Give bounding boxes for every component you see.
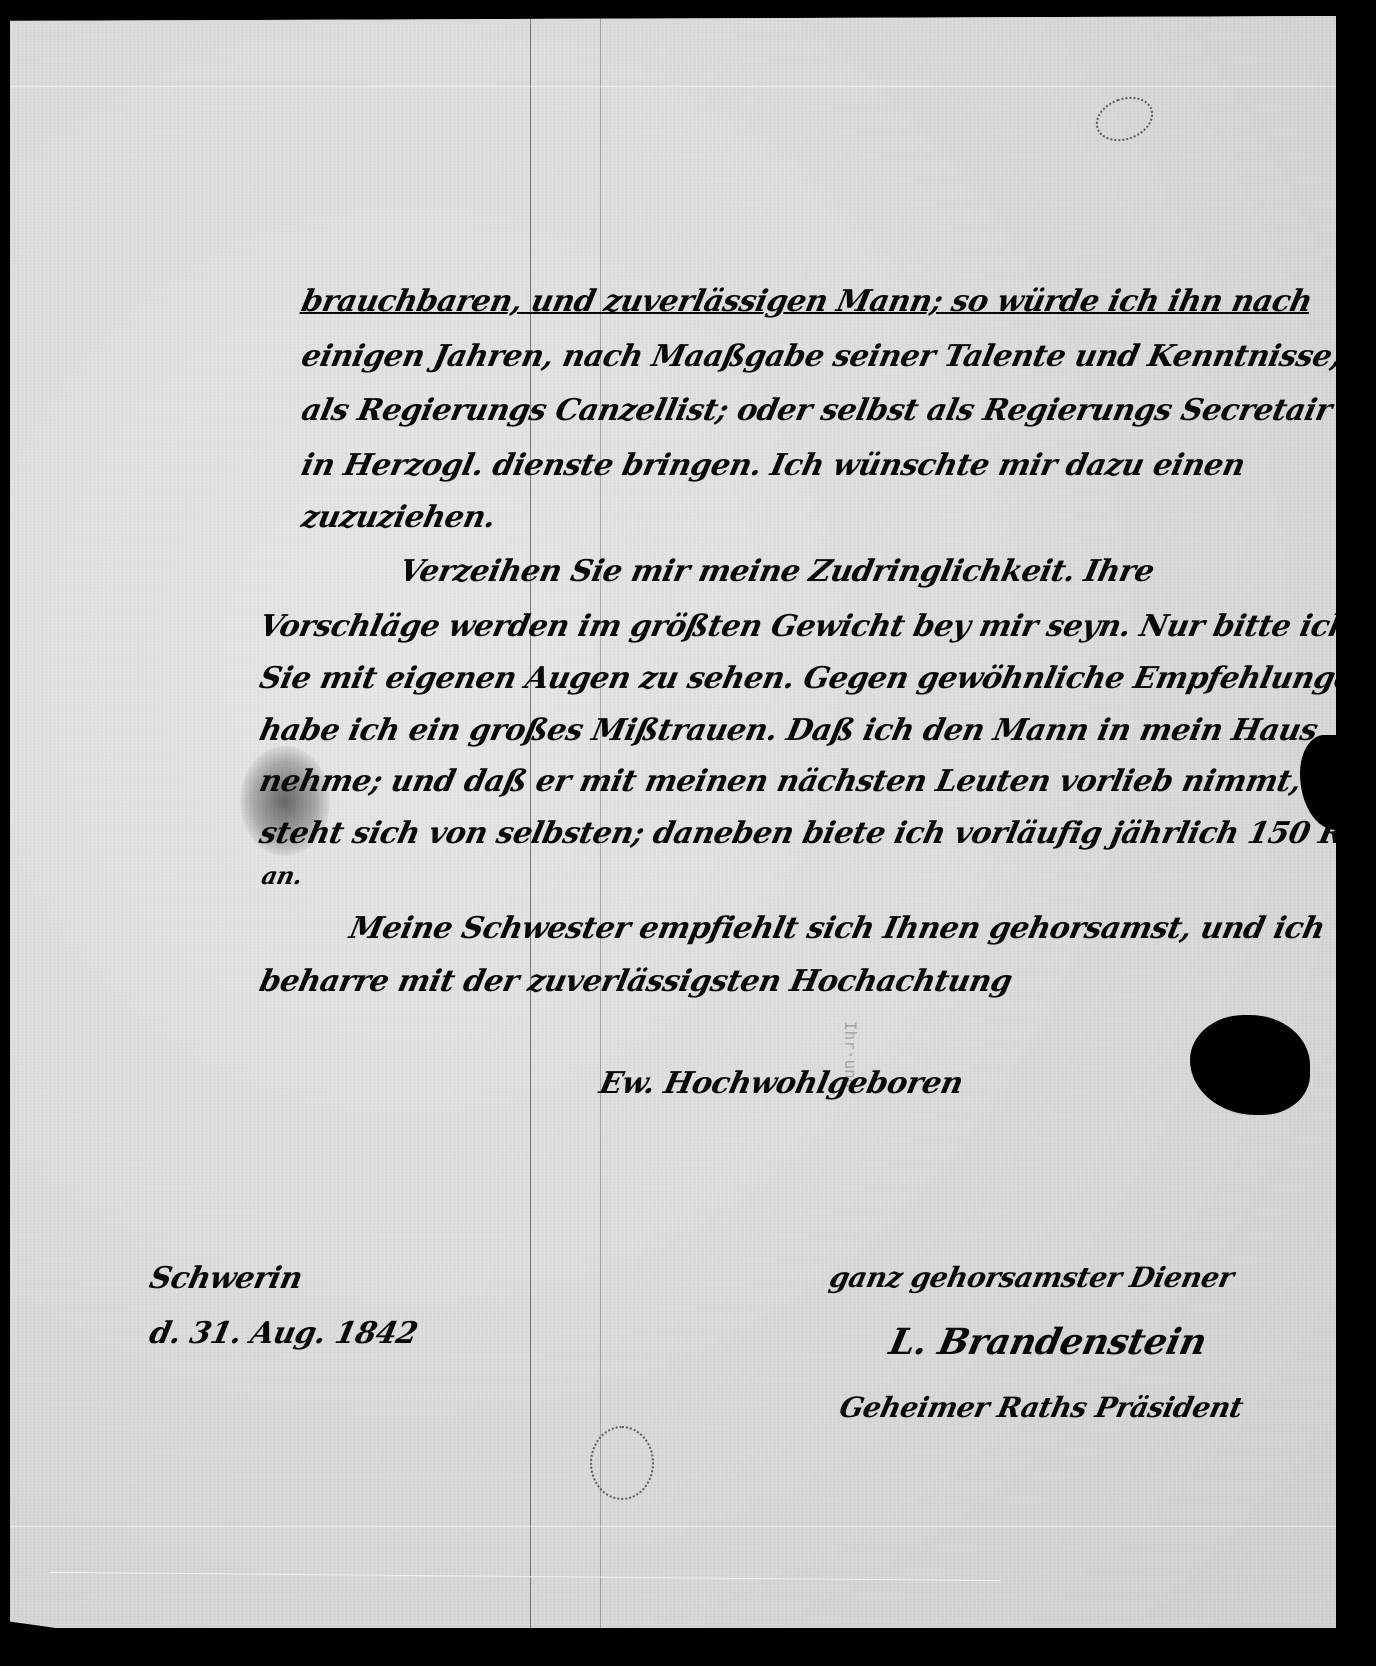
letter-line-2: einigen Jahren, nach Maaßgabe seiner Tal… — [298, 339, 1345, 374]
letter-line-9: habe ich ein großes Mißtrauen. Daß ich d… — [256, 713, 1320, 748]
letter-line-5: zuzuziehen. — [298, 500, 498, 535]
letter-page: Ihr·ung brauchbaren, und zuverlässigen M… — [10, 16, 1336, 1628]
letter-line-3: als Regierungs Canzellist; oder selbst a… — [298, 393, 1335, 428]
letter-line-11: steht sich von selbsten; daneben biete i… — [256, 816, 1376, 851]
place: Schwerin — [146, 1261, 305, 1296]
scan-line — [10, 86, 1336, 87]
closing-salutation: Ew. Hochwohlgeboren — [596, 1066, 966, 1101]
scan-line — [10, 1526, 1336, 1527]
letter-line-8: Sie mit eigenen Augen zu sehen. Gegen ge… — [256, 661, 1376, 696]
archive-stamp-top — [1090, 89, 1160, 149]
letter-line-10: nehme; und daß er mit meinen nächsten Le… — [256, 764, 1376, 799]
signature: L. Brandenstein — [886, 1321, 1211, 1363]
valediction: ganz gehorsamster Diener — [826, 1261, 1236, 1294]
letter-line-7: Vorschläge werden im größten Gewicht bey… — [256, 609, 1354, 644]
letter-line-13: Meine Schwester empfiehlt sich Ihnen geh… — [346, 911, 1328, 946]
letter-line-6: Verzeihen Sie mir meine Zudringlichkeit.… — [396, 554, 1157, 589]
date: d. 31. Aug. 1842 — [146, 1316, 420, 1351]
paper-crease — [50, 1572, 1000, 1581]
signer-title: Geheimer Raths Präsident — [836, 1391, 1245, 1424]
letter-line-14: beharre mit der zuverlässigsten Hochacht… — [256, 964, 1015, 999]
letter-line-12: an. — [259, 861, 305, 890]
archive-stamp-bottom — [590, 1426, 654, 1500]
letter-line-4: in Herzogl. dienste bringen. Ich wünscht… — [298, 448, 1248, 483]
letter-line-1: brauchbaren, und zuverlässigen Mann; so … — [298, 284, 1315, 319]
